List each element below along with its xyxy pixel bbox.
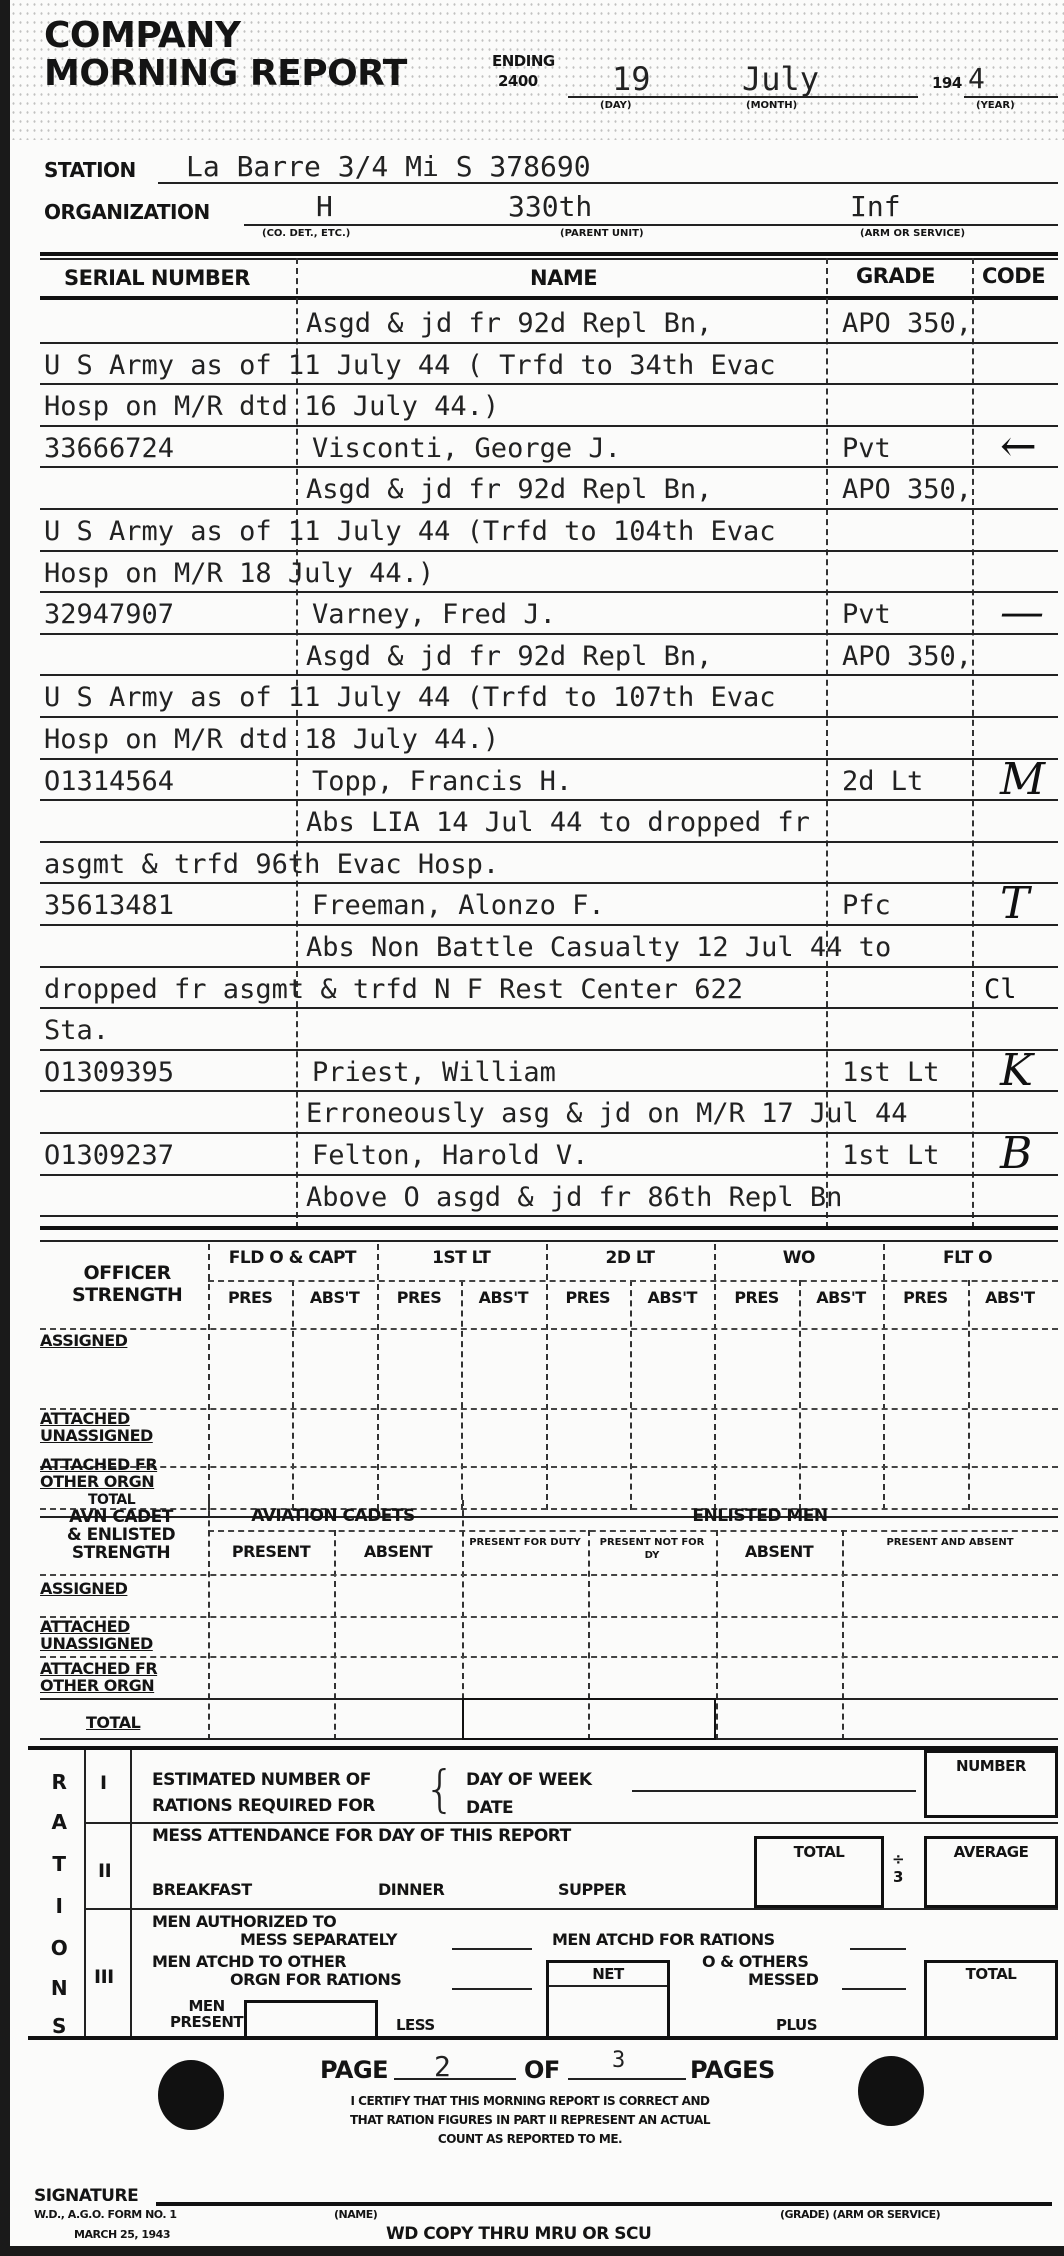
roster-line-rule	[40, 1174, 1058, 1176]
roster-line: O1309395Priest, William1st LtK	[0, 1053, 1064, 1095]
serial-number: O1309395	[44, 1057, 174, 1088]
year-caption: (YEAR)	[976, 100, 1015, 111]
men-present-label-1: MEN	[170, 1998, 243, 2014]
em-col-present-not-for-duty: PRESENT NOT FOR DY	[592, 1536, 712, 1562]
part1-label-2: RATIONS REQUIRED FOR	[152, 1796, 375, 1816]
officer-group-divider	[883, 1244, 885, 1510]
average-box[interactable]: AVERAGE	[924, 1836, 1058, 1908]
roster-line: Hosp on M/R dtd 16 July 44.)	[0, 387, 1064, 429]
rations-top-rule	[28, 1746, 1058, 1750]
enlisted-col-divider	[334, 1530, 336, 1740]
number-box-label: NUMBER	[927, 1757, 1055, 1775]
officer-subcol-header: ABS'T	[630, 1288, 714, 1307]
code-mark: T	[1000, 878, 1029, 929]
roster-line-rule	[40, 924, 1058, 926]
atchd-other-field[interactable]	[452, 1988, 532, 1990]
rations-side-letter: N	[44, 1976, 74, 2000]
form-id: W.D., A.G.O. FORM NO. 1	[34, 2208, 177, 2221]
station-label: STATION	[44, 158, 136, 182]
men-present-label-2: PRESENT	[170, 2014, 243, 2030]
report-year-digit: 4	[968, 62, 985, 95]
men-present-box[interactable]	[244, 2000, 378, 2039]
breakfast-label: BREAKFAST	[152, 1880, 252, 1899]
entry-text: Asgd & jd fr 92d Repl Bn,	[306, 641, 712, 672]
officer-top-rule-2	[40, 1240, 1058, 1242]
supper-label: SUPPER	[558, 1880, 626, 1899]
roster-line-rule	[40, 1007, 1058, 1009]
rations-total-label: TOTAL	[927, 1965, 1055, 1983]
roster-line: Asgd & jd fr 92d Repl Bn,APO 350,	[0, 637, 1064, 679]
entry-text: dropped fr asgmt & trfd N F Rest Center …	[44, 974, 743, 1005]
roster-line-rule	[40, 383, 1058, 385]
page-label: PAGE	[320, 2056, 388, 2084]
day-of-week-label: DAY OF WEEK	[466, 1770, 592, 1790]
org-company: H	[316, 190, 333, 223]
roster-line: Asgd & jd fr 92d Repl Bn,APO 350,	[0, 470, 1064, 512]
em-col-present-for-duty: PRESENT FOR DUTY	[466, 1536, 584, 1549]
day-caption: (DAY)	[600, 100, 631, 111]
roster-line: 33666724Visconti, George J.Pvt←	[0, 429, 1064, 471]
roster-line-rule	[40, 841, 1058, 843]
entry-text: Varney, Fred J.	[312, 599, 556, 630]
page-number-underline	[394, 2078, 516, 2080]
aviation-cadets-header: AVIATION CADETS	[208, 1506, 458, 1526]
enlisted-col-divider	[842, 1530, 844, 1740]
code-mark: K	[1000, 1045, 1033, 1096]
part1-label-1: ESTIMATED NUMBER OF	[152, 1770, 371, 1790]
col-code: CODE	[982, 264, 1045, 288]
month-caption: (MONTH)	[746, 100, 797, 111]
average-label: AVERAGE	[927, 1843, 1055, 1861]
roster-line-rule	[40, 799, 1058, 801]
rations-side-divider	[84, 1750, 86, 2036]
part2-rule	[84, 1908, 1058, 1910]
enlisted-men-header: ENLISTED MEN	[462, 1506, 1058, 1526]
roster-line: asgmt & trfd 96th Evac Hosp.	[0, 845, 1064, 887]
certification-text: I CERTIFY THAT THIS MORNING REPORT IS CO…	[260, 2092, 800, 2149]
officer-subcol-header: ABS'T	[968, 1288, 1052, 1307]
divide-by-three: ÷ 3	[888, 1850, 908, 1886]
officer-subcol-header: ABS'T	[292, 1288, 376, 1307]
roster-line: Above O asgd & jd fr 86th Repl Bn	[0, 1178, 1064, 1220]
col-serial-number: SERIAL NUMBER	[64, 266, 250, 290]
officer-subcol-header: PRES	[377, 1288, 461, 1307]
officer-subcol-header: PRES	[546, 1288, 630, 1307]
officer-top-rule	[40, 1226, 1058, 1230]
officer-subheader-rule	[40, 1328, 1058, 1330]
roster-line: U S Army as of 11 July 44 ( Trfd to 34th…	[0, 346, 1064, 388]
men-authorized-label-1: MEN AUTHORIZED TO	[152, 1912, 336, 1931]
entry-text: Felton, Harold V.	[312, 1140, 588, 1171]
enlisted-subheader-rule	[40, 1574, 1058, 1576]
officer-title-1: OFFICER	[72, 1262, 182, 1284]
officer-subcol-divider	[292, 1280, 294, 1510]
page-number: 2	[434, 2050, 451, 2083]
signature-label: SIGNATURE	[34, 2186, 138, 2206]
roster-header-rule	[40, 296, 1058, 300]
roster-line-rule	[40, 342, 1058, 344]
officer-row-label: ASSIGNED	[40, 1332, 200, 1349]
entry-text: U S Army as of 11 July 44 (Trfd to 104th…	[44, 516, 776, 547]
rations-side-letter: T	[44, 1852, 74, 1876]
men-atchd-other-label-1: MEN ATCHD TO OTHER	[152, 1952, 346, 1971]
roster-line: Abs LIA 14 Jul 44 to dropped fr	[0, 803, 1064, 845]
grade-value: Pfc	[842, 890, 891, 921]
roster-line: O1309237Felton, Harold V.1st LtB	[0, 1136, 1064, 1178]
grade-value: Pvt	[842, 599, 891, 630]
of-label: OF	[524, 2056, 560, 2084]
roster-line-rule	[40, 466, 1058, 468]
entry-text: Hosp on M/R dtd 18 July 44.)	[44, 724, 499, 755]
serial-number: 32947907	[44, 599, 174, 630]
roster-line: Sta.	[0, 1011, 1064, 1053]
cadet-col-present: PRESENT	[208, 1542, 334, 1561]
roster-line-rule	[40, 1049, 1058, 1051]
entry-text: Sta.	[44, 1015, 109, 1046]
certify-line-2: THAT RATION FIGURES IN PART II REPRESENT…	[260, 2111, 800, 2130]
entry-text: Above O asgd & jd fr 86th Repl Bn	[306, 1182, 842, 1213]
day-of-week-field[interactable]	[632, 1790, 916, 1792]
net-box[interactable]: NET	[546, 1960, 670, 2039]
roster-line-rule	[40, 591, 1058, 593]
officer-group-header: 2D LT	[546, 1248, 715, 1268]
entry-text: Hosp on M/R 18 July 44.)	[44, 558, 434, 589]
officer-subcol-divider	[799, 1280, 801, 1510]
roster-line: Abs Non Battle Casualty 12 Jul 44 to	[0, 928, 1064, 970]
entry-text: Visconti, George J.	[312, 433, 621, 464]
code-mark: —	[1000, 587, 1044, 638]
roster-line: U S Army as of 11 July 44 (Trfd to 107th…	[0, 678, 1064, 720]
date-label: DATE	[466, 1798, 513, 1818]
men-atchd-rations-label: MEN ATCHD FOR RATIONS	[552, 1930, 775, 1949]
entry-text: Abs Non Battle Casualty 12 Jul 44 to	[306, 932, 891, 963]
officer-group-divider	[377, 1244, 379, 1510]
atchd-rations-field[interactable]	[850, 1948, 906, 1950]
roster-line-rule	[40, 716, 1058, 718]
entry-text: Abs LIA 14 Jul 44 to dropped fr	[306, 807, 810, 838]
less-label: LESS	[396, 2016, 435, 2034]
rations-side-letter: S	[44, 2014, 74, 2038]
roster-line-rule	[40, 1215, 1058, 1217]
col-name: NAME	[530, 266, 597, 290]
serial-number: O1314564	[44, 766, 174, 797]
roster-top-rule	[40, 252, 1058, 256]
others-messed-label-2: MESSED	[748, 1970, 818, 1989]
part1-rule	[84, 1822, 1058, 1824]
entry-text: U S Army as of 11 July 44 ( Trfd to 34th…	[44, 350, 776, 381]
roster-line-rule	[40, 758, 1058, 760]
station-value: La Barre 3/4 Mi S 378690	[186, 150, 591, 183]
men-authorized-label-2: MESS SEPARATELY	[240, 1930, 397, 1949]
em-col-present-and-absent: PRESENT AND ABSENT	[880, 1536, 1020, 1549]
org-parent-caption: (PARENT UNIT)	[560, 228, 644, 239]
officer-subcol-divider	[461, 1280, 463, 1510]
mess-attendance-label: MESS ATTENDANCE FOR DAY OF THIS REPORT	[152, 1826, 571, 1846]
roster-line-rule	[40, 1132, 1058, 1134]
officer-group-header: FLD O & CAPT	[208, 1248, 377, 1268]
organization-label: ORGANIZATION	[44, 200, 210, 224]
enlisted-col-divider	[208, 1500, 210, 1740]
rations-side-letter: O	[44, 1936, 74, 1960]
signature-field[interactable]	[156, 2202, 1052, 2206]
organization-underline	[244, 224, 1058, 226]
roster-line-rule	[40, 508, 1058, 510]
dinner-label: DINNER	[378, 1880, 444, 1899]
others-messed-label-1: O & OTHERS	[702, 1952, 808, 1971]
officer-row-label: ATTACHED FR OTHER ORGN	[40, 1456, 200, 1490]
officer-subcol-divider	[968, 1280, 970, 1510]
form-title-line1: COMPANY	[44, 18, 241, 54]
roster-line-rule	[40, 633, 1058, 635]
org-parent-unit: 330th	[508, 190, 592, 223]
grade-value: Pvt	[842, 433, 891, 464]
year-underline	[964, 96, 1058, 98]
officer-subcol-header: ABS'T	[461, 1288, 545, 1307]
men-present-label: MEN PRESENT	[170, 1998, 243, 2030]
part3-numeral: III	[94, 1966, 114, 1988]
serial-number: O1309237	[44, 1140, 174, 1171]
entry-text: Freeman, Alonzo F.	[312, 890, 605, 921]
roster-line: 35613481Freeman, Alonzo F.PfcT	[0, 886, 1064, 928]
roster-line: Erroneously asg & jd on M/R 17 Jul 44	[0, 1094, 1064, 1136]
men-atchd-other-label-2: ORGN FOR RATIONS	[230, 1970, 401, 1989]
officer-strength-title: OFFICER STRENGTH	[72, 1262, 182, 1306]
officer-subcol-header: PRES	[714, 1288, 798, 1307]
part1-numeral: I	[100, 1772, 107, 1794]
certify-line-3: COUNT AS REPORTED TO ME.	[260, 2130, 800, 2149]
roster-line: Hosp on M/R 18 July 44.)	[0, 554, 1064, 596]
enlisted-total-present-box	[462, 1698, 716, 1740]
grade-value: APO 350,	[842, 308, 972, 339]
officer-row-label: ATTACHED UNASSIGNED	[40, 1410, 200, 1444]
entry-text: U S Army as of 11 July 44 (Trfd to 107th…	[44, 682, 776, 713]
enlisted-row-label: TOTAL	[86, 1714, 166, 1731]
report-month: July	[742, 60, 819, 98]
officer-subcol-header: ABS'T	[799, 1288, 883, 1307]
rations-side-letter: R	[44, 1770, 74, 1794]
code-mark: Cl	[984, 974, 1017, 1005]
serial-number: 35613481	[44, 890, 174, 921]
ending-time-label: 2400	[498, 72, 538, 90]
enlisted-row-rule	[40, 1656, 1058, 1658]
roster-line: Hosp on M/R dtd 18 July 44.)	[0, 720, 1064, 762]
entry-text: Asgd & jd fr 92d Repl Bn,	[306, 308, 712, 339]
enlisted-row-label: ASSIGNED	[40, 1580, 200, 1597]
rations-numeral-divider	[130, 1750, 132, 2036]
officer-title-2: STRENGTH	[72, 1284, 182, 1306]
name-caption: (NAME)	[334, 2208, 377, 2221]
grade-caption: (GRADE) (ARM OR SERVICE)	[780, 2208, 940, 2221]
roster-line-rule	[40, 425, 1058, 427]
binder-hole-left-icon	[158, 2060, 224, 2130]
mess-separately-field[interactable]	[452, 1948, 532, 1950]
year-prefix: 194	[932, 74, 962, 92]
page-total: 3	[612, 2048, 625, 2073]
form-title-line2: MORNING REPORT	[44, 56, 407, 92]
part2-numeral: II	[98, 1860, 111, 1882]
ending-label: ENDING	[492, 52, 555, 70]
roster-line-rule	[40, 966, 1058, 968]
roster-line: U S Army as of 11 July 44 (Trfd to 104th…	[0, 512, 1064, 554]
officer-subcol-header: PRES	[208, 1288, 292, 1307]
enlisted-row-label: ATTACHED UNASSIGNED	[40, 1618, 200, 1652]
roster-line: Asgd & jd fr 92d Repl Bn,APO 350,	[0, 304, 1064, 346]
page-total-underline	[568, 2078, 686, 2080]
grade-value: 1st Lt	[842, 1057, 940, 1088]
roster-line-rule	[40, 674, 1058, 676]
serial-number: 33666724	[44, 433, 174, 464]
roster-line: 32947907Varney, Fred J.Pvt—	[0, 595, 1064, 637]
officer-subcol-header: PRES	[883, 1288, 967, 1307]
form-date: MARCH 25, 1943	[74, 2228, 170, 2241]
org-company-caption: (CO. DET., ETC.)	[262, 228, 350, 239]
officer-group-divider	[208, 1244, 210, 1510]
brace-icon: {	[424, 1764, 456, 1814]
net-label: NET	[549, 1965, 667, 1987]
code-mark: M	[1000, 754, 1045, 805]
mess-total-box[interactable]: TOTAL	[754, 1836, 884, 1908]
officer-group-header: WO	[714, 1248, 883, 1268]
roster-line: O1314564Topp, Francis H.2d LtM	[0, 762, 1064, 804]
morning-report-page: COMPANY MORNING REPORT ENDING 2400 19 Ju…	[0, 0, 1064, 2256]
col-grade: GRADE	[856, 264, 935, 288]
entry-text: Priest, William	[312, 1057, 556, 1088]
code-mark: B	[1000, 1128, 1032, 1179]
code-mark: ←	[1000, 421, 1037, 472]
officer-group-header: FLT O	[883, 1248, 1052, 1268]
grade-value: 1st Lt	[842, 1140, 940, 1171]
entry-text: Asgd & jd fr 92d Repl Bn,	[306, 474, 712, 505]
entry-text: Erroneously asg & jd on M/R 17 Jul 44	[306, 1098, 907, 1129]
report-day: 19	[612, 60, 651, 98]
rations-side-letter: A	[44, 1810, 74, 1834]
roster-line-rule	[40, 1090, 1058, 1092]
enlisted-col-divider	[716, 1530, 718, 1740]
grade-value: APO 350,	[842, 474, 972, 505]
roster-line-rule	[40, 550, 1058, 552]
roster-line: dropped fr asgmt & trfd N F Rest Center …	[0, 970, 1064, 1012]
rations-total-box[interactable]: TOTAL	[924, 1960, 1058, 2039]
officer-group-divider	[714, 1244, 716, 1510]
org-arm: Inf	[850, 190, 901, 223]
pages-label: PAGES	[690, 2056, 775, 2084]
plus-label: PLUS	[776, 2016, 817, 2034]
rations-bottom-rule	[28, 2036, 1058, 2040]
officer-header-rule	[208, 1280, 1058, 1282]
copy-note: WD COPY THRU MRU OR SCU	[386, 2224, 651, 2244]
cadet-col-absent: ABSENT	[334, 1542, 462, 1561]
org-arm-caption: (ARM OR SERVICE)	[860, 228, 965, 239]
grade-value: 2d Lt	[842, 766, 923, 797]
binder-hole-right-icon	[858, 2056, 924, 2126]
others-messed-field[interactable]	[842, 1988, 906, 1990]
certify-line-1: I CERTIFY THAT THIS MORNING REPORT IS CO…	[260, 2092, 800, 2111]
number-box[interactable]: NUMBER	[924, 1750, 1058, 1818]
roster-line-rule	[40, 882, 1058, 884]
officer-subcol-divider	[630, 1280, 632, 1510]
enlisted-title-3: STRENGTH	[46, 1544, 196, 1563]
entry-text: asgmt & trfd 96th Evac Hosp.	[44, 849, 499, 880]
grade-value: APO 350,	[842, 641, 972, 672]
scan-bottom-edge	[0, 2246, 1064, 2256]
roster-top-rule-2	[40, 258, 1058, 260]
em-col-absent: ABSENT	[716, 1542, 842, 1561]
mess-total-label: TOTAL	[757, 1843, 881, 1861]
enlisted-row-label: ATTACHED FR OTHER ORGN	[40, 1660, 200, 1694]
officer-group-divider	[546, 1244, 548, 1510]
rations-side-letter: I	[44, 1894, 74, 1918]
officer-group-header: 1ST LT	[377, 1248, 546, 1268]
entry-text: Hosp on M/R dtd 16 July 44.)	[44, 391, 499, 422]
entry-text: Topp, Francis H.	[312, 766, 572, 797]
